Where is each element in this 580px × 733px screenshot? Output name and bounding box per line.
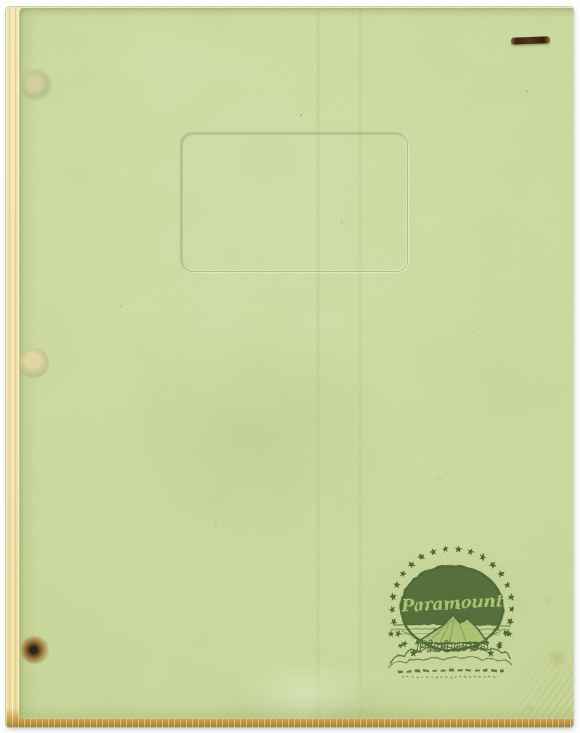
- corner-wear-bottom-right: [489, 644, 574, 719]
- script-cover-front: Paramount Pictures: [19, 8, 574, 719]
- embossed-label-window: [181, 133, 408, 272]
- binding-brad-top: [21, 70, 51, 100]
- staple: [511, 36, 550, 44]
- binding-hole-bottom: [21, 636, 49, 664]
- binding-brad-middle: [19, 348, 49, 378]
- stamp-title-pictures: Pictures: [414, 635, 489, 657]
- scanned-script-cover: Paramount Pictures: [0, 0, 580, 733]
